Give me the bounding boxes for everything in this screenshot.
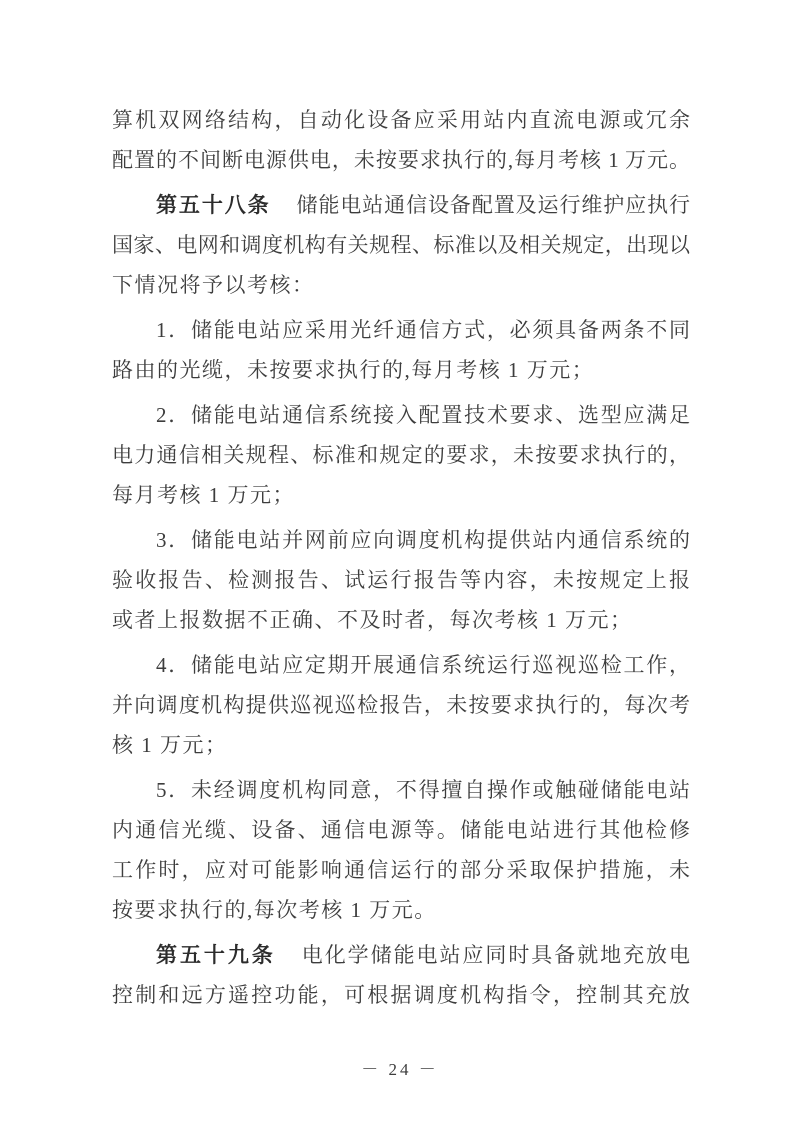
text-line: 每月考核 1 万元； xyxy=(112,475,690,515)
text-line: 算机双网络结构，自动化设备应采用站内直流电源或冗余 xyxy=(112,100,690,140)
text-line: 下情况将予以考核： xyxy=(112,265,690,305)
text-line: 国家、电网和调度机构有关规程、标准以及相关规定，出现以 xyxy=(112,225,690,265)
text-line: 第五十八条储能电站通信设备配置及运行维护应执行 xyxy=(112,185,690,225)
paragraph-continuation: 算机双网络结构，自动化设备应采用站内直流电源或冗余 配置的不间断电源供电，未按要… xyxy=(112,100,690,180)
text-line: 2．储能电站通信系统接入配置技术要求、选型应满足 xyxy=(112,395,690,435)
text-line: 3．储能电站并网前应向调度机构提供站内通信系统的 xyxy=(112,520,690,560)
paragraph-article-59: 第五十九条电化学储能电站应同时具备就地充放电 控制和远方遥控功能，可根据调度机构… xyxy=(112,935,690,1015)
article-number: 第五十九条 xyxy=(156,943,276,967)
text-line: 按要求执行的,每次考核 1 万元。 xyxy=(112,890,690,930)
paragraph-item-4: 4．储能电站应定期开展通信系统运行巡视巡检工作， 并向调度机构提供巡视巡检报告，… xyxy=(112,645,690,765)
text-line: 控制和远方遥控功能，可根据调度机构指令，控制其充放 xyxy=(112,975,690,1015)
paragraph-item-2: 2．储能电站通信系统接入配置技术要求、选型应满足 电力通信相关规程、标准和规定的… xyxy=(112,395,690,515)
paragraph-item-5: 5．未经调度机构同意，不得擅自操作或触碰储能电站 内通信光缆、设备、通信电源等。… xyxy=(112,770,690,930)
page-number: － 24 － xyxy=(0,1055,800,1085)
text-line: 并向调度机构提供巡视巡检报告，未按要求执行的，每次考 xyxy=(112,685,690,725)
text-line: 核 1 万元； xyxy=(112,725,690,765)
text-line: 验收报告、检测报告、试运行报告等内容，未按规定上报 xyxy=(112,560,690,600)
text-line: 4．储能电站应定期开展通信系统运行巡视巡检工作， xyxy=(112,645,690,685)
text-line: 5．未经调度机构同意，不得擅自操作或触碰储能电站 xyxy=(112,770,690,810)
paragraph-item-1: 1．储能电站应采用光纤通信方式，必须具备两条不同 路由的光缆，未按要求执行的,每… xyxy=(112,310,690,390)
paragraph-article-58: 第五十八条储能电站通信设备配置及运行维护应执行 国家、电网和调度机构有关规程、标… xyxy=(112,185,690,305)
text-line: 或者上报数据不正确、不及时者，每次考核 1 万元； xyxy=(112,600,690,640)
article-number: 第五十八条 xyxy=(156,193,271,217)
paragraph-item-3: 3．储能电站并网前应向调度机构提供站内通信系统的 验收报告、检测报告、试运行报告… xyxy=(112,520,690,640)
text-line: 路由的光缆，未按要求执行的,每月考核 1 万元； xyxy=(112,350,690,390)
text-line: 配置的不间断电源供电，未按要求执行的,每月考核 1 万元。 xyxy=(112,140,690,180)
article-text: 储能电站通信设备配置及运行维护应执行 xyxy=(297,193,690,217)
text-line: 工作时，应对可能影响通信运行的部分采取保护措施，未 xyxy=(112,850,690,890)
text-line: 电力通信相关规程、标准和规定的要求，未按要求执行的， xyxy=(112,435,690,475)
document-body: 算机双网络结构，自动化设备应采用站内直流电源或冗余 配置的不间断电源供电，未按要… xyxy=(112,100,690,1020)
article-text: 电化学储能电站应同时具备就地充放电 xyxy=(302,943,690,967)
text-line: 内通信光缆、设备、通信电源等。储能电站进行其他检修 xyxy=(112,810,690,850)
document-page: 算机双网络结构，自动化设备应采用站内直流电源或冗余 配置的不间断电源供电，未按要… xyxy=(0,0,800,1131)
text-line: 第五十九条电化学储能电站应同时具备就地充放电 xyxy=(112,935,690,975)
text-line: 1．储能电站应采用光纤通信方式，必须具备两条不同 xyxy=(112,310,690,350)
